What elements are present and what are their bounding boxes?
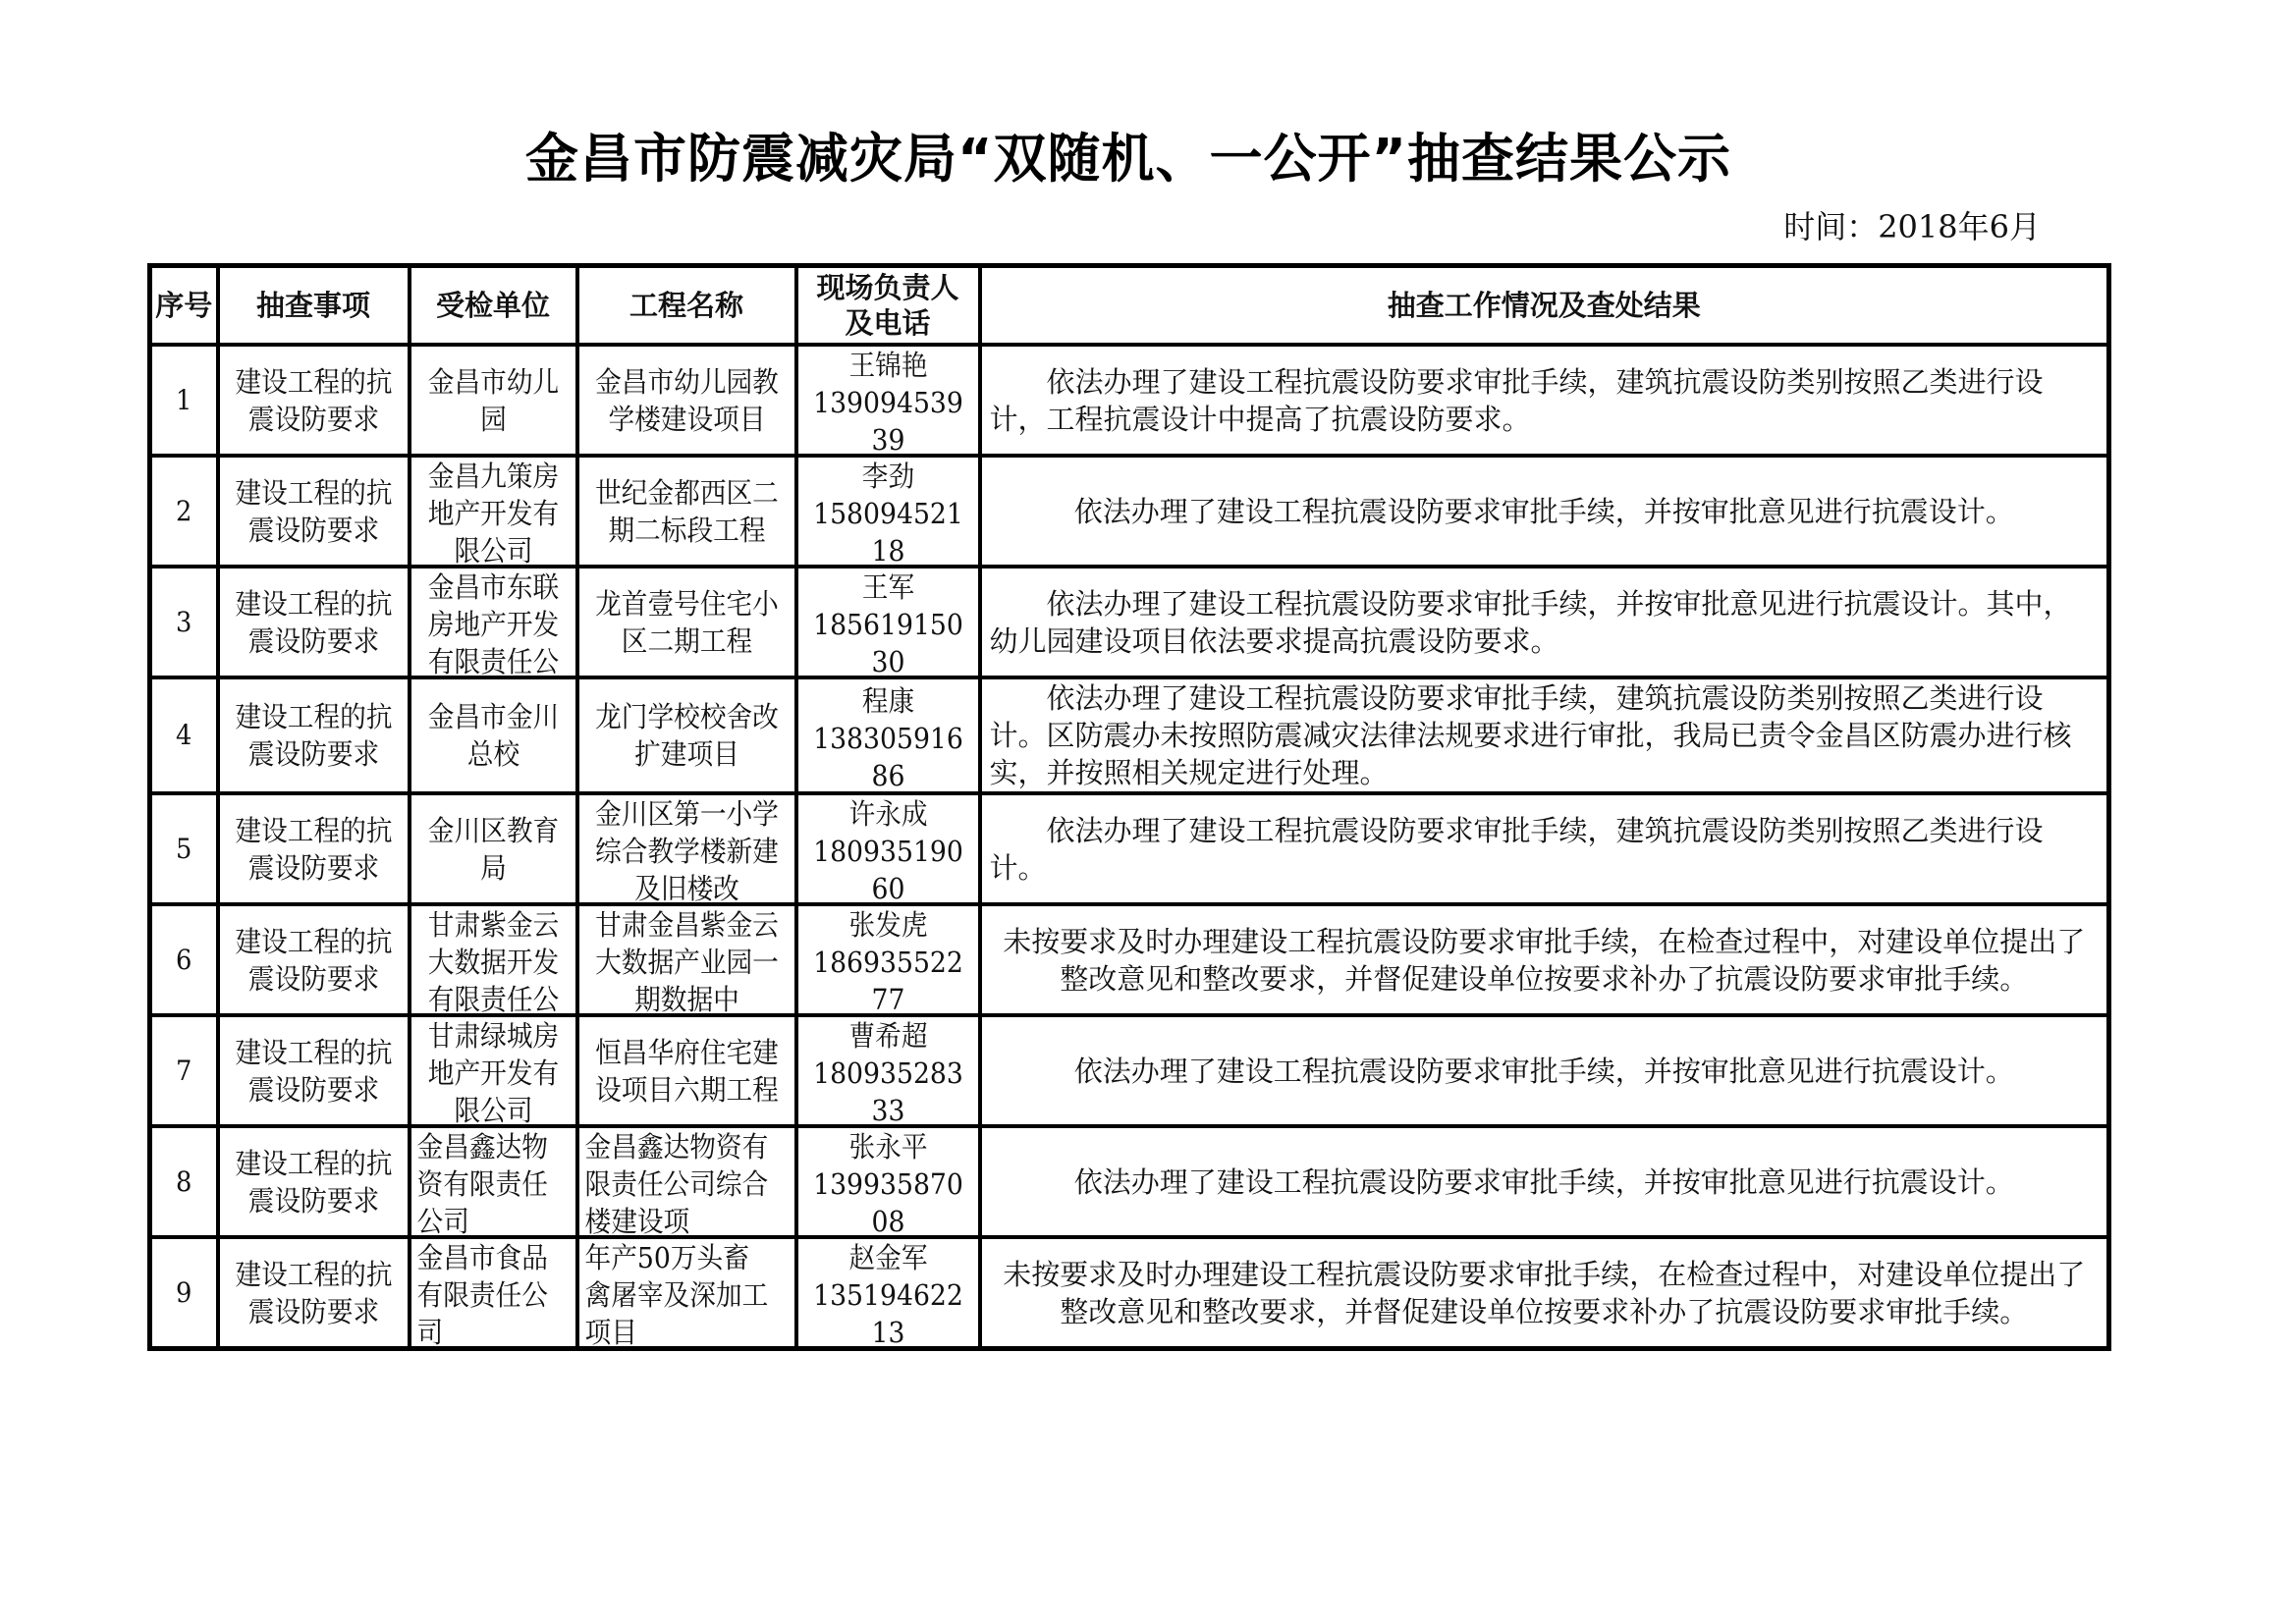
cell-unit: 金川区教育局 [410, 793, 577, 904]
project-text: 年产50万头畜禽屠宰及深加工项目 [579, 1239, 777, 1346]
cell-seq: 3 [150, 567, 218, 677]
seq-text: 7 [155, 1053, 213, 1090]
person-block: 赵金军 13519462213 [805, 1239, 970, 1346]
cell-unit: 金昌市幼儿园 [410, 345, 577, 456]
result-text: 依法办理了建设工程抗震设防要求审批手续，建筑抗震设防类别按照乙类进行设计。 [982, 812, 2107, 887]
cell-result: 未按要求及时办理建设工程抗震设防要求审批手续，在检查过程中，对建设单位提出了整改… [980, 1237, 2109, 1349]
seq-text: 6 [155, 942, 213, 979]
person-block: 程康 13830591686 [805, 682, 970, 789]
person-phone: 18693552277 [810, 944, 964, 1013]
person-name: 王军 [810, 568, 964, 606]
person-block: 张发虎 18693552277 [805, 906, 970, 1013]
table-row: 4 建设工程的抗震设防要求 金昌市金川总校 龙门学校校舍改扩建项目 程康 138… [150, 677, 2109, 793]
cell-unit: 甘肃绿城房地产开发有限公司 [410, 1015, 577, 1126]
person-block: 张永平 13993587008 [805, 1128, 970, 1235]
header-person-line-1: 现场负责人 [798, 270, 978, 305]
person-phone: 13519462213 [810, 1276, 964, 1346]
project-text: 龙门学校校舍改扩建项目 [587, 698, 785, 773]
seq-text: 8 [155, 1164, 213, 1201]
cell-project: 世纪金都西区二期二标段工程 [577, 456, 796, 567]
cell-project: 龙门学校校舍改扩建项目 [577, 677, 796, 793]
cell-person: 张永平 13993587008 [796, 1126, 980, 1237]
cell-unit: 金昌市食品有限责任公司 [410, 1237, 577, 1349]
cell-result: 依法办理了建设工程抗震设防要求审批手续，并按审批意见进行抗震设计。 [980, 1015, 2109, 1126]
item-text: 建设工程的抗震设防要求 [227, 474, 400, 549]
result-text: 未按要求及时办理建设工程抗震设防要求审批手续，在检查过程中，对建设单位提出了整改… [982, 1256, 2107, 1330]
table-row: 9 建设工程的抗震设防要求 金昌市食品有限责任公司 年产50万头畜禽屠宰及深加工… [150, 1237, 2109, 1349]
unit-text: 金昌市金川总校 [417, 698, 569, 773]
person-block: 李劲 15809452118 [805, 458, 970, 565]
person-name: 赵金军 [810, 1239, 964, 1276]
date-label: 时间：2018年6月 [1783, 204, 2041, 249]
person-block: 曹希超 18093528333 [805, 1017, 970, 1124]
unit-text: 金昌九策房地产开发有限公司 [417, 458, 569, 565]
project-text: 世纪金都西区二期二标段工程 [587, 474, 785, 549]
item-text: 建设工程的抗震设防要求 [227, 812, 400, 887]
cell-result: 依法办理了建设工程抗震设防要求审批手续，并按审批意见进行抗震设计。 [980, 1126, 2109, 1237]
cell-project: 金昌鑫达物资有限责任公司综合楼建设项 [577, 1126, 796, 1237]
project-text: 恒昌华府住宅建设项目六期工程 [587, 1034, 785, 1109]
item-text: 建设工程的抗震设防要求 [227, 363, 400, 438]
header-seq: 序号 [150, 266, 218, 346]
page-title: 金昌市防震减灾局“双随机、一公开”抽查结果公示 [0, 120, 2257, 198]
cell-seq: 8 [150, 1126, 218, 1237]
cell-seq: 9 [150, 1237, 218, 1349]
cell-result: 依法办理了建设工程抗震设防要求审批手续，建筑抗震设防类别按照乙类进行设计。区防震… [980, 677, 2109, 793]
unit-text: 金昌市东联房地产开发有限责任公 [417, 568, 569, 676]
header-project: 工程名称 [577, 266, 796, 346]
person-block: 王锦艳 13909453939 [805, 347, 970, 454]
item-text: 建设工程的抗震设防要求 [227, 923, 400, 998]
project-text: 金昌鑫达物资有限责任公司综合楼建设项 [579, 1128, 777, 1235]
cell-person: 王军 18561915030 [796, 567, 980, 677]
cell-person: 许永成 18093519060 [796, 793, 980, 904]
person-name: 许永成 [810, 795, 964, 833]
item-text: 建设工程的抗震设防要求 [227, 698, 400, 773]
cell-project: 年产50万头畜禽屠宰及深加工项目 [577, 1237, 796, 1349]
cell-person: 程康 13830591686 [796, 677, 980, 793]
project-text: 龙首壹号住宅小区二期工程 [587, 585, 785, 660]
cell-item: 建设工程的抗震设防要求 [218, 567, 410, 677]
table-row: 1 建设工程的抗震设防要求 金昌市幼儿园 金昌市幼儿园教学楼建设项目 王锦艳 1… [150, 345, 2109, 456]
cell-item: 建设工程的抗震设防要求 [218, 677, 410, 793]
person-phone: 13993587008 [810, 1165, 964, 1235]
cell-project: 龙首壹号住宅小区二期工程 [577, 567, 796, 677]
cell-result: 依法办理了建设工程抗震设防要求审批手续，并按审批意见进行抗震设计。 [980, 456, 2109, 567]
item-text: 建设工程的抗震设防要求 [227, 1034, 400, 1109]
unit-text: 甘肃紫金云大数据开发有限责任公 [417, 906, 569, 1013]
person-block: 王军 18561915030 [805, 568, 970, 676]
cell-unit: 金昌九策房地产开发有限公司 [410, 456, 577, 567]
cell-result: 未按要求及时办理建设工程抗震设防要求审批手续，在检查过程中，对建设单位提出了整改… [980, 904, 2109, 1015]
seq-text: 4 [155, 717, 213, 754]
inspection-results-table: 序号 抽查事项 受检单位 工程名称 现场负责人 及电话 抽查工作情况及查处结果 … [147, 263, 2111, 1351]
cell-unit: 金昌市东联房地产开发有限责任公 [410, 567, 577, 677]
person-name: 曹希超 [810, 1017, 964, 1055]
cell-seq: 5 [150, 793, 218, 904]
cell-person: 曹希超 18093528333 [796, 1015, 980, 1126]
cell-result: 依法办理了建设工程抗震设防要求审批手续，并按审批意见进行抗震设计。其中，幼儿园建… [980, 567, 2109, 677]
unit-text: 金昌鑫达物资有限责任公司 [411, 1128, 563, 1235]
person-phone: 13830591686 [810, 720, 964, 789]
cell-project: 甘肃金昌紫金云大数据产业园一期数据中 [577, 904, 796, 1015]
unit-text: 甘肃绿城房地产开发有限公司 [417, 1017, 569, 1124]
header-result: 抽查工作情况及查处结果 [980, 266, 2109, 346]
person-phone: 13909453939 [810, 384, 964, 454]
unit-text: 金昌市食品有限责任公司 [411, 1239, 563, 1346]
person-name: 程康 [810, 682, 964, 720]
person-phone: 18561915030 [810, 606, 964, 676]
table-row: 2 建设工程的抗震设防要求 金昌九策房地产开发有限公司 世纪金都西区二期二标段工… [150, 456, 2109, 567]
seq-text: 2 [155, 493, 213, 530]
table-row: 7 建设工程的抗震设防要求 甘肃绿城房地产开发有限公司 恒昌华府住宅建设项目六期… [150, 1015, 2109, 1126]
result-text: 依法办理了建设工程抗震设防要求审批手续，并按审批意见进行抗震设计。其中，幼儿园建… [982, 585, 2107, 660]
person-phone: 15809452118 [810, 495, 964, 565]
cell-result: 依法办理了建设工程抗震设防要求审批手续，建筑抗震设防类别按照乙类进行设计，工程抗… [980, 345, 2109, 456]
person-phone: 18093528333 [810, 1055, 964, 1124]
item-text: 建设工程的抗震设防要求 [227, 1145, 400, 1219]
cell-item: 建设工程的抗震设防要求 [218, 456, 410, 567]
cell-person: 赵金军 13519462213 [796, 1237, 980, 1349]
project-text: 甘肃金昌紫金云大数据产业园一期数据中 [587, 906, 785, 1013]
person-name: 张发虎 [810, 906, 964, 944]
cell-unit: 金昌市金川总校 [410, 677, 577, 793]
header-person-line-2: 及电话 [798, 305, 978, 341]
cell-person: 张发虎 18693552277 [796, 904, 980, 1015]
unit-text: 金川区教育局 [417, 812, 569, 887]
unit-text: 金昌市幼儿园 [417, 363, 569, 438]
cell-item: 建设工程的抗震设防要求 [218, 904, 410, 1015]
cell-project: 恒昌华府住宅建设项目六期工程 [577, 1015, 796, 1126]
cell-project: 金川区第一小学综合教学楼新建及旧楼改 [577, 793, 796, 904]
project-text: 金昌市幼儿园教学楼建设项目 [587, 363, 785, 438]
person-name: 张永平 [810, 1128, 964, 1165]
cell-seq: 2 [150, 456, 218, 567]
person-phone: 18093519060 [810, 833, 964, 902]
cell-item: 建设工程的抗震设防要求 [218, 793, 410, 904]
seq-text: 9 [155, 1274, 213, 1312]
cell-seq: 4 [150, 677, 218, 793]
cell-seq: 6 [150, 904, 218, 1015]
header-item: 抽查事项 [218, 266, 410, 346]
table-row: 3 建设工程的抗震设防要求 金昌市东联房地产开发有限责任公 龙首壹号住宅小区二期… [150, 567, 2109, 677]
cell-item: 建设工程的抗震设防要求 [218, 1015, 410, 1126]
person-block: 许永成 18093519060 [805, 795, 970, 902]
person-name: 李劲 [810, 458, 964, 495]
cell-seq: 7 [150, 1015, 218, 1126]
table-row: 8 建设工程的抗震设防要求 金昌鑫达物资有限责任公司 金昌鑫达物资有限责任公司综… [150, 1126, 2109, 1237]
result-text: 未按要求及时办理建设工程抗震设防要求审批手续，在检查过程中，对建设单位提出了整改… [982, 923, 2107, 998]
result-text: 依法办理了建设工程抗震设防要求审批手续，并按审批意见进行抗震设计。 [982, 1164, 2107, 1201]
seq-text: 5 [155, 831, 213, 868]
cell-item: 建设工程的抗震设防要求 [218, 1237, 410, 1349]
result-text: 依法办理了建设工程抗震设防要求审批手续，建筑抗震设防类别按照乙类进行设计。区防震… [982, 679, 2107, 791]
cell-person: 李劲 15809452118 [796, 456, 980, 567]
cell-unit: 金昌鑫达物资有限责任公司 [410, 1126, 577, 1237]
cell-unit: 甘肃紫金云大数据开发有限责任公 [410, 904, 577, 1015]
result-text: 依法办理了建设工程抗震设防要求审批手续，并按审批意见进行抗震设计。 [982, 493, 2107, 530]
person-name: 王锦艳 [810, 347, 964, 384]
seq-text: 1 [155, 382, 213, 419]
cell-person: 王锦艳 13909453939 [796, 345, 980, 456]
seq-text: 3 [155, 604, 213, 641]
header-unit: 受检单位 [410, 266, 577, 346]
cell-result: 依法办理了建设工程抗震设防要求审批手续，建筑抗震设防类别按照乙类进行设计。 [980, 793, 2109, 904]
result-text: 依法办理了建设工程抗震设防要求审批手续，并按审批意见进行抗震设计。 [982, 1053, 2107, 1090]
project-text: 金川区第一小学综合教学楼新建及旧楼改 [587, 795, 785, 902]
item-text: 建设工程的抗震设防要求 [227, 1256, 400, 1330]
cell-item: 建设工程的抗震设防要求 [218, 1126, 410, 1237]
item-text: 建设工程的抗震设防要求 [227, 585, 400, 660]
table-header-row: 序号 抽查事项 受检单位 工程名称 现场负责人 及电话 抽查工作情况及查处结果 [150, 266, 2109, 346]
cell-project: 金昌市幼儿园教学楼建设项目 [577, 345, 796, 456]
cell-item: 建设工程的抗震设防要求 [218, 345, 410, 456]
table-row: 5 建设工程的抗震设防要求 金川区教育局 金川区第一小学综合教学楼新建及旧楼改 … [150, 793, 2109, 904]
header-person: 现场负责人 及电话 [796, 266, 980, 346]
cell-seq: 1 [150, 345, 218, 456]
table-row: 6 建设工程的抗震设防要求 甘肃紫金云大数据开发有限责任公 甘肃金昌紫金云大数据… [150, 904, 2109, 1015]
result-text: 依法办理了建设工程抗震设防要求审批手续，建筑抗震设防类别按照乙类进行设计，工程抗… [982, 363, 2107, 438]
